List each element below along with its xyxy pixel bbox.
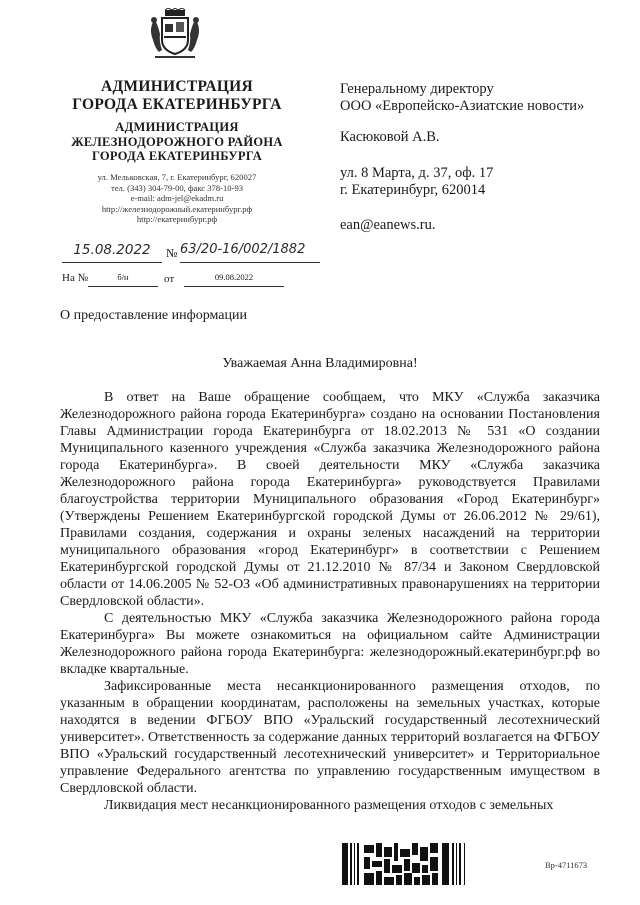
- in-reply-label: На №: [62, 272, 88, 284]
- org-name-line2: ГОРОДА ЕКАТЕРИНБУРГА: [42, 96, 312, 114]
- org-name-line1: АДМИНИСТРАЦИЯ: [42, 78, 312, 96]
- from-date: 09.08.2022: [184, 268, 284, 287]
- sub-org-line3: ГОРОДА ЕКАТЕРИНБУРГА: [42, 149, 312, 164]
- org-email: e-mail: adm-jel@ekadm.ru: [42, 193, 312, 204]
- letter-body: В ответ на Ваше обращение сообщаем, что …: [60, 389, 600, 814]
- sub-org-line1: АДМИНИСТРАЦИЯ: [42, 120, 312, 135]
- recipient-title: Генеральному директору: [340, 81, 620, 98]
- document-code: Вр-4711673: [545, 860, 587, 870]
- barcode-icon: [342, 843, 492, 885]
- recipient-email: ean@eanews.ru.: [340, 217, 620, 234]
- org-name: АДМИНИСТРАЦИЯ ГОРОДА ЕКАТЕРИНБУРГА: [42, 78, 312, 114]
- letter-subject: О предоставление информации: [60, 308, 247, 324]
- recipient-address: ул. 8 Марта, д. 37, оф. 17 г. Екатеринбу…: [340, 165, 620, 199]
- org-address: ул. Мельковская, 7, г. Екатеринбург, 620…: [42, 172, 312, 183]
- registration-number: 63/20-16/002/1882: [180, 242, 320, 263]
- in-reply-number: б/н: [88, 268, 158, 287]
- org-website-city: http://екатеринбург.рф: [42, 214, 312, 225]
- body-paragraph: В ответ на Ваше обращение сообщаем, что …: [60, 389, 600, 610]
- recipient-city: г. Екатеринбург, 620014: [340, 182, 620, 199]
- recipient-company: ООО «Европейско-Азиатские новости»: [340, 98, 620, 115]
- recipient-street: ул. 8 Марта, д. 37, оф. 17: [340, 165, 620, 182]
- sub-org-name: АДМИНИСТРАЦИЯ ЖЕЛЕЗНОДОРОЖНОГО РАЙОНА ГО…: [42, 120, 312, 164]
- org-phone: тел. (343) 304-79-00, факс 378-10-93: [42, 183, 312, 194]
- registration-number-label: №: [166, 246, 177, 261]
- sub-org-line2: ЖЕЛЕЗНОДОРОЖНОГО РАЙОНА: [42, 135, 312, 150]
- from-label: от: [164, 273, 174, 285]
- org-contacts: ул. Мельковская, 7, г. Екатеринбург, 620…: [42, 172, 312, 225]
- org-website-district: http://железнодорожный.екатеринбург.рф: [42, 204, 312, 215]
- body-paragraph: С деятельностью МКУ «Служба заказчика Же…: [60, 610, 600, 678]
- recipient-position: Генеральному директору ООО «Европейско-А…: [340, 81, 620, 115]
- registration-date: 15.08.2022: [62, 242, 162, 263]
- letter-greeting: Уважаемая Анна Владимировна!: [0, 356, 640, 372]
- recipient-name: Касюковой А.В.: [340, 129, 620, 146]
- coat-of-arms-icon: [145, 8, 205, 62]
- body-paragraph: Ликвидация мест несанкционированного раз…: [60, 797, 600, 814]
- body-paragraph: Зафиксированные места несанкционированно…: [60, 678, 600, 797]
